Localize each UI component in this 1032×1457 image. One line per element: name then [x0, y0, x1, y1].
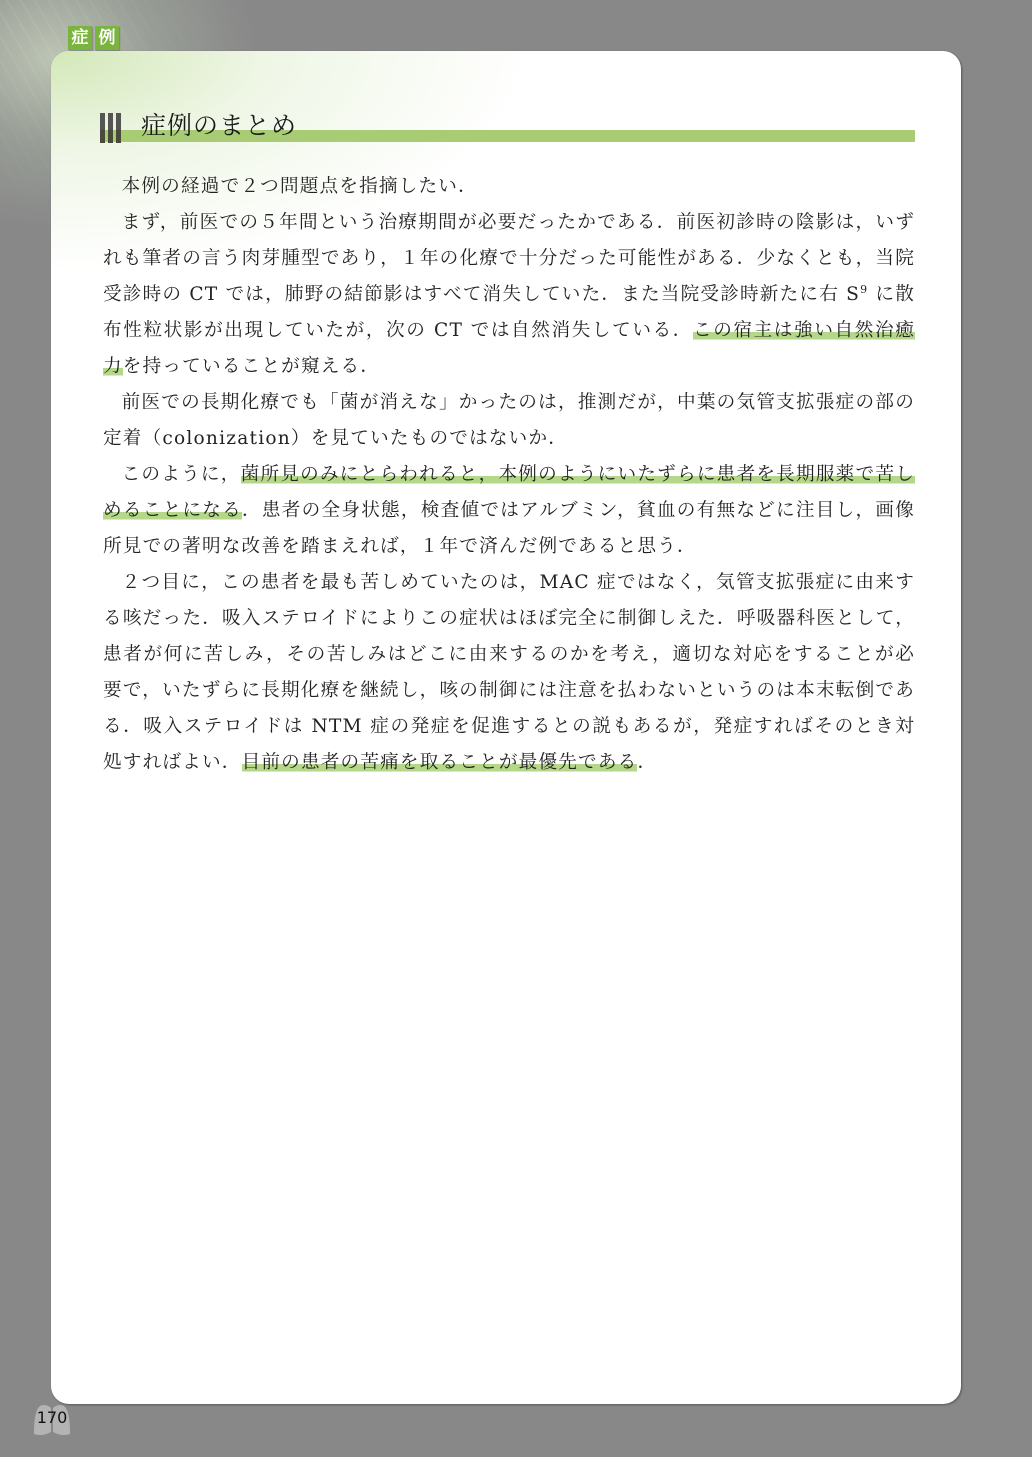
body-text: 本例の経過で２つ問題点を指摘したい．まず，前医での５年間という治療期間が必要だっ…: [103, 169, 915, 781]
page-number: 170: [32, 1402, 72, 1438]
text-segment: ２つ目に，この患者を最も苦しめていたのは，MAC 症ではなく，気管支拡張症に由来…: [103, 572, 915, 773]
section-title: 症例のまとめ: [141, 109, 305, 143]
page-sheet: 症例のまとめ 本例の経過で２つ問題点を指摘したい．まず，前医での５年間という治療…: [51, 51, 961, 1404]
paragraph: ２つ目に，この患者を最も苦しめていたのは，MAC 症ではなく，気管支拡張症に由来…: [103, 565, 915, 781]
badge-char: 症: [68, 26, 92, 50]
highlighted-text: 目前の患者の苦痛を取ることが最優先である: [242, 752, 638, 773]
text-segment: 本例の経過で２つ問題点を指摘したい．: [122, 176, 478, 197]
text-segment: まず，前医での５年間という治療期間が必要だったかである．前医初診時の陰影は，いず…: [103, 212, 915, 305]
text-segment: このように，: [122, 464, 241, 485]
page-number-text: 170: [32, 1408, 72, 1427]
section-heading: 症例のまとめ: [100, 111, 915, 145]
paragraph: このように，菌所見のみにとらわれると，本例のようにいたずらに患者を長期服薬で苦し…: [103, 457, 915, 565]
text-segment: ．: [637, 752, 657, 773]
paragraph: 本例の経過で２つ問題点を指摘したい．: [103, 169, 915, 205]
paragraph: まず，前医での５年間という治療期間が必要だったかである．前医初診時の陰影は，いず…: [103, 205, 915, 385]
text-segment: を持っていることが窺える．: [123, 356, 380, 377]
paragraph: 前医での長期化療でも「菌が消えな」かったのは，推測だが，中葉の気管支拡張症の部の…: [103, 385, 915, 457]
text-segment: 前医での長期化療でも「菌が消えな」かったのは，推測だが，中葉の気管支拡張症の部の…: [103, 392, 915, 449]
badge-char: 例: [95, 26, 119, 50]
heading-bars-icon: [100, 113, 122, 143]
